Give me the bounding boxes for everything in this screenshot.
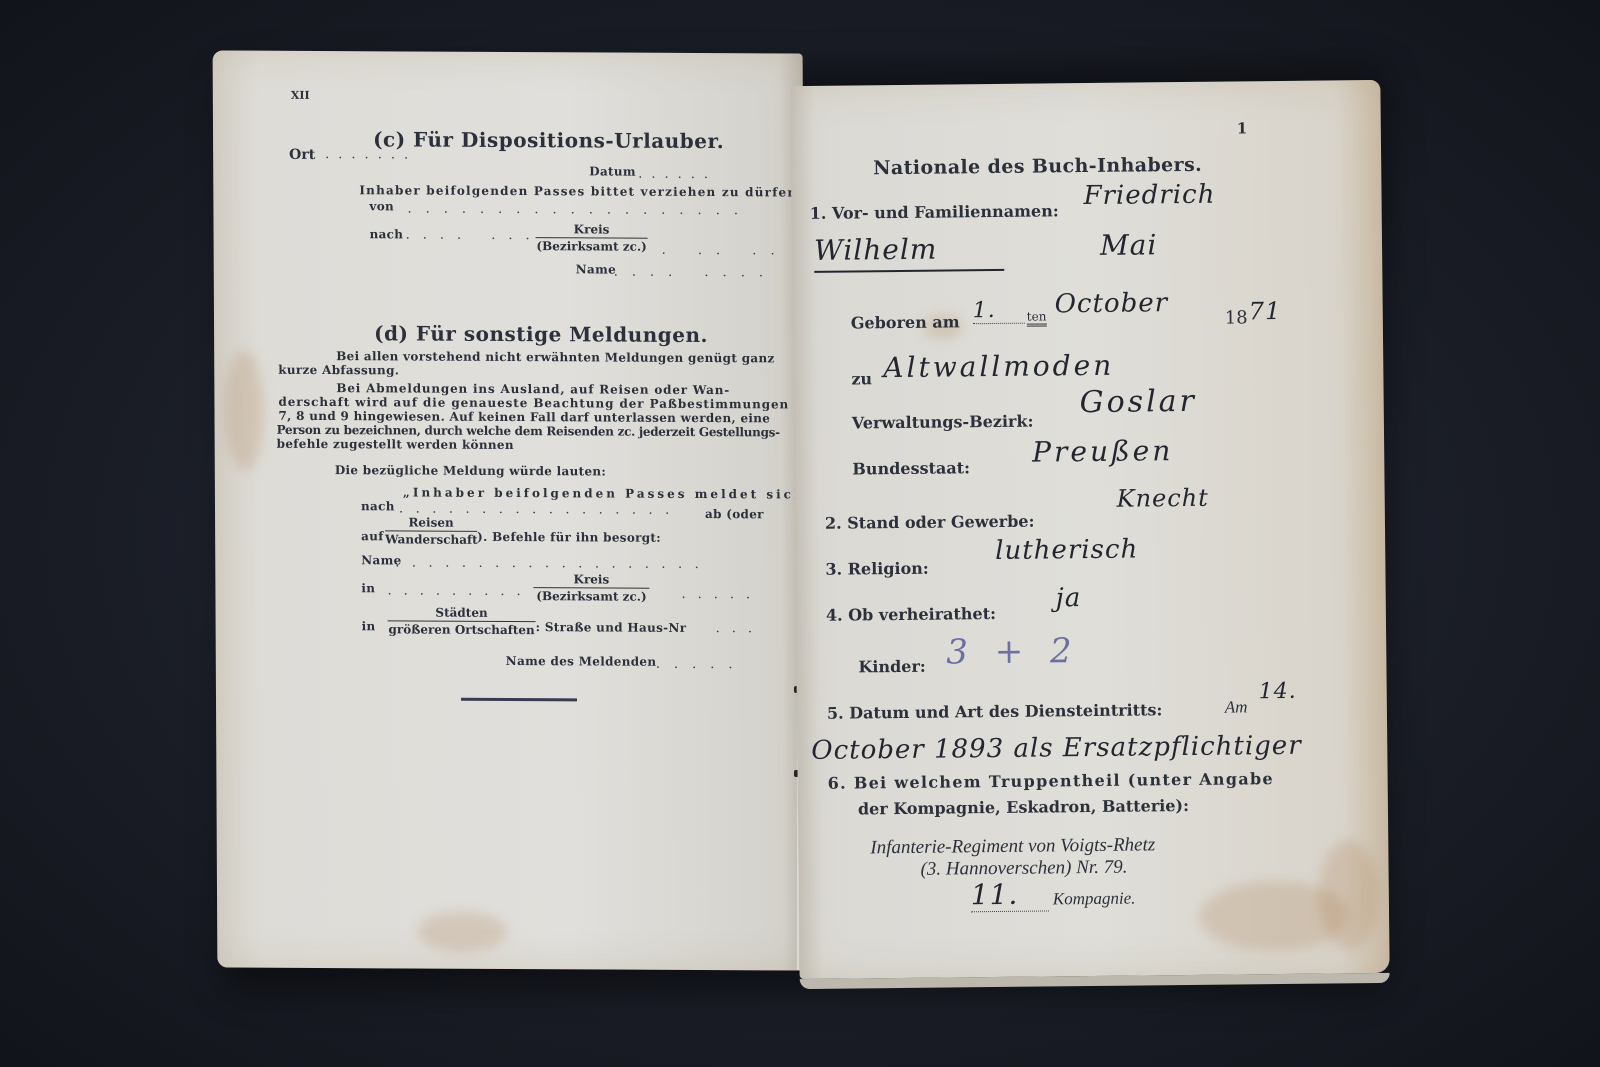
section-d-para1-line2: kurze Abfassung. <box>278 363 399 378</box>
field-5-am: Am <box>1225 697 1248 717</box>
formula-intro: Die bezügliche Meldung würde lauten: <box>335 463 606 478</box>
field-2-value: Knecht <box>1117 484 1209 513</box>
company-number-value: 11. <box>971 877 1049 912</box>
reisen-fraction: Reisen Wanderschaft <box>385 515 477 546</box>
field-1-surname-value: Mai <box>1100 228 1158 262</box>
field-6-label-line2: der Kompagnie, Eskadron, Batterie): <box>858 796 1189 818</box>
dotted-line: ....... <box>325 147 417 162</box>
nach-label: nach <box>370 227 404 241</box>
field-5-label: 5. Datum und Art des Diensteintritts: <box>827 700 1163 723</box>
state-label: Bundesstaat: <box>852 458 970 478</box>
field-4-value: ja <box>1056 583 1082 613</box>
dotted-line: ......... <box>387 583 532 599</box>
born-day-value: 1. <box>973 298 1025 325</box>
born-day-suffix: ten <box>1027 309 1047 326</box>
strasse-text: : Straße und Haus-Nr <box>536 620 687 635</box>
born-label: Geboren am <box>851 312 960 332</box>
ort-label: Ort <box>289 147 315 163</box>
district-label: Verwaltungs-Bezirk: <box>852 412 1034 433</box>
in-label-2: in <box>362 619 376 633</box>
birthplace-value: Altwallmoden <box>883 349 1114 384</box>
born-month-value: October <box>1054 288 1168 319</box>
field-1-label: 1. Vor- und Familiennamen: <box>810 201 1059 223</box>
staedten-fraction: Städten größeren Ortschaften <box>388 605 536 637</box>
von-label: von <box>369 199 394 213</box>
section-d-para2-line5: befehle zugestellt werden können <box>277 437 514 452</box>
dotted-line: ................... <box>407 201 752 218</box>
kreis-fraction: Kreis (Bezirksamt zc.) <box>535 222 647 254</box>
page-number: 1 <box>1237 119 1248 137</box>
state-value: Preußen <box>1032 434 1173 468</box>
section-d-para1-line1: Bei allen vorstehend nicht erwähnten Mel… <box>336 349 774 365</box>
ab-oder: ab (oder <box>705 507 764 521</box>
stain <box>417 912 507 952</box>
kreis-fraction-2: Kreis (Bezirksamt zc.) <box>533 572 649 604</box>
section-c-line1: Inhaber beifolgenden Passes bittet verzi… <box>359 183 797 199</box>
field-2-label: 2. Stand oder Gewerbe: <box>825 512 1035 533</box>
dotted-line: ..... <box>656 657 747 672</box>
befehle-text: ). Befehle für ihn besorgt: <box>477 530 661 545</box>
nach-label-2: nach <box>361 499 395 513</box>
dotted-line: ... <box>716 621 764 636</box>
page-title: Nationale des Buch-Inhabers. <box>873 154 1202 179</box>
right-page: 1 Nationale des Buch-Inhabers. 1. Vor- u… <box>790 80 1389 979</box>
field-5-value: October 1893 als Ersatzpflichtiger <box>811 731 1302 766</box>
section-c-heading: (c) Für Dispositions-Urlauber. <box>373 127 724 153</box>
field-6-label-line1: 6. Bei welchem Truppentheil (unter Angab… <box>828 769 1274 793</box>
field-5-day-value: 14. <box>1259 679 1297 704</box>
name-meldenden: Name des Meldenden <box>506 654 657 669</box>
field-4-label: 4. Ob verheirathet: <box>826 604 996 625</box>
field-1-middlename-value: Wilhelm <box>814 232 1004 273</box>
name-label: Name <box>576 262 616 276</box>
dotted-line: .... .... <box>614 265 777 281</box>
field-3-value: lutherisch <box>995 534 1138 565</box>
stain <box>224 351 265 471</box>
auf-label: auf <box>361 529 384 543</box>
birthplace-label: zu <box>851 369 872 388</box>
in-label: in <box>361 581 375 595</box>
dotted-line: ..... <box>681 587 762 602</box>
born-year-value: 71 <box>1249 297 1282 325</box>
born-year-prefix: 18 <box>1225 307 1248 328</box>
field-1-firstname-value: Friedrich <box>1083 180 1215 211</box>
page-number: XII <box>291 89 310 102</box>
dotted-line: ................... <box>395 555 711 572</box>
children-label: Kinder: <box>858 657 926 677</box>
regiment-line1: Infanterie-Regiment von Voigts-Rhetz <box>870 834 1155 859</box>
company-label: Kompagnie. <box>1053 889 1136 910</box>
dotted-line: . .. .. <box>662 243 789 259</box>
children-value: 3 + 2 <box>946 631 1080 672</box>
section-d-heading: (d) Für sonstige Meldungen. <box>374 321 708 347</box>
dotted-line: ...... <box>638 167 717 182</box>
district-value: Goslar <box>1079 384 1197 420</box>
datum-label: Datum <box>589 164 636 178</box>
section-divider <box>461 698 577 702</box>
left-page: XII (c) Für Dispositions-Urlauber. Ort .… <box>213 50 808 970</box>
formula-line1: „Inhaber beifolgenden Passes meldet sich <box>403 485 806 501</box>
field-3-label: 3. Religion: <box>825 559 929 579</box>
stain <box>1318 840 1379 951</box>
dotted-line: .... ... <box>406 227 543 243</box>
